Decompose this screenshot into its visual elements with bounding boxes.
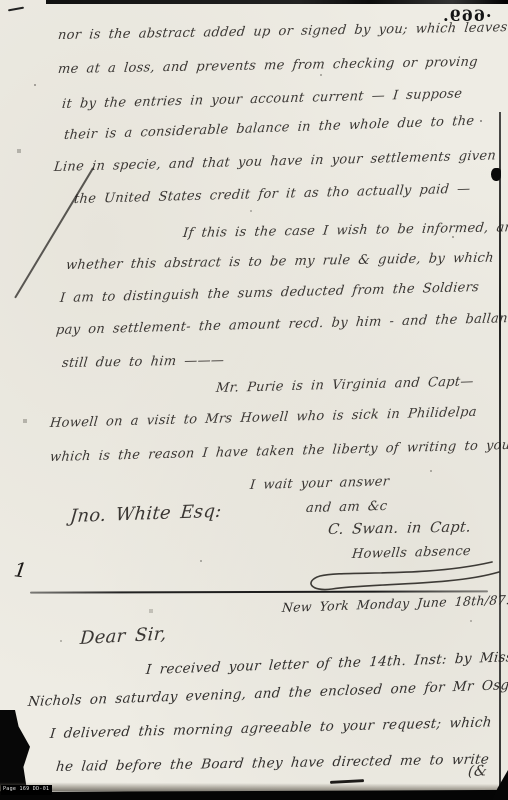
closing-line: I wait your answer — [249, 474, 390, 493]
letter2-line: Nichols on saturday evening, and the enc… — [27, 676, 508, 710]
letter2-line: I delivered this morning agreeable to yo… — [49, 714, 492, 742]
catchword: (& — [467, 763, 488, 780]
letter2-line: he laid before the Board they have direc… — [55, 751, 490, 775]
addressee-name: Jno. White Esq: — [69, 501, 222, 527]
scanned-letter-page: ·669. nor is the abstract added up or si… — [0, 0, 508, 800]
letter2-line: I received your letter of the 14th. Inst… — [145, 649, 508, 678]
letter1-line: me at a loss, and prevents me from check… — [57, 55, 478, 77]
archival-frame-label: Page 169 DD-01 — [1, 785, 52, 795]
letter1-line: whether this abstract is to be my rule &… — [65, 251, 494, 273]
letter1-line: pay on settlement- the amount recd. by h… — [55, 311, 508, 338]
paper-specks — [0, 0, 2, 2]
letter1-line: nor is the abstract added up or signed b… — [57, 20, 508, 43]
signature-name: C. Swan. in Capt. — [327, 519, 472, 538]
letter1-line: Mr. Purie is in Virginia and Capt— — [215, 374, 474, 396]
letter1-line: If this is the case I wish to be informe… — [182, 220, 508, 241]
scan-edge-top — [46, 0, 508, 4]
letter1-line: their is a considerable balance in the w… — [63, 114, 475, 143]
salutation: Dear Sir, — [79, 623, 167, 649]
ink-blot — [491, 168, 501, 181]
stray-pen-stroke — [14, 167, 94, 298]
scan-edge-bottom — [0, 790, 508, 800]
letter1-line: the United States credit for it as tho a… — [73, 182, 471, 207]
letter1-line: it by the entries in your account curren… — [61, 86, 463, 112]
letter1-line: Howell on a visit to Mrs Howell who is s… — [49, 405, 477, 431]
signature-flourish — [302, 548, 502, 596]
letter1-line: which is the reason I have taken the lib… — [49, 438, 508, 465]
letter1-line: still due to him ——— — [61, 353, 225, 371]
letter1-line: I am to distinguish the sums deducted fr… — [59, 280, 480, 306]
letter1-line: Line in specie, and that you have in you… — [53, 148, 497, 175]
margin-numeral: 1 — [12, 557, 28, 583]
pen-tick-mark — [8, 7, 24, 12]
closing-line: and am &c — [305, 499, 388, 516]
